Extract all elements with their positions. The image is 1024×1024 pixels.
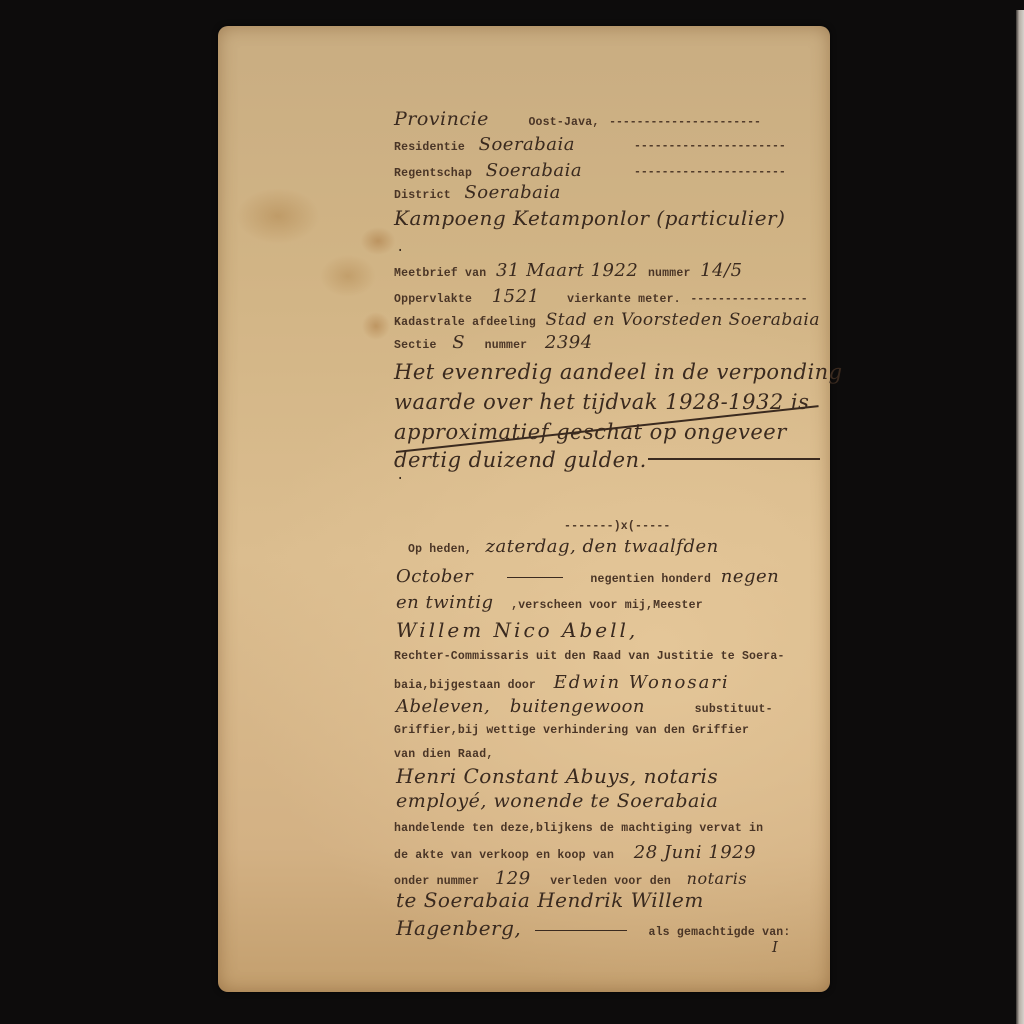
bullet-dot: . — [396, 240, 404, 256]
residentie-value: Soerabaia — [479, 134, 575, 155]
residentie-dashes: ---------------------- — [634, 140, 786, 153]
onder-nummer-label: onder nummer — [394, 875, 479, 888]
clerk-row: Abeleven, buitengewoon substituut- — [396, 696, 773, 717]
buitengewoon-text: buitengewoon — [510, 696, 645, 717]
regentschap-label: Regentschap — [394, 167, 472, 180]
kampong-value: Kampoeng Ketamponlor (particulier) — [394, 206, 785, 230]
fill-line — [648, 458, 820, 460]
residentie-label: Residentie — [394, 141, 465, 154]
district-row: District Soerabaia — [394, 182, 561, 203]
provincie-value: Oost-Java, — [528, 116, 599, 129]
oppervlakte-value: 1521 — [492, 286, 540, 307]
separator: -------)x(----- — [564, 520, 671, 533]
month-row: October negentien honderd negen — [396, 566, 779, 587]
bijgestaan-text: baia,bijgestaan door — [394, 679, 536, 692]
substituut-text: substituut- — [695, 703, 773, 716]
day-value: zaterdag, den twaalfden — [486, 536, 719, 557]
fill-line — [535, 930, 627, 932]
akte-row: de akte van verkoop en koop van 28 Juni … — [394, 842, 756, 863]
akte-label: de akte van verkoop en koop van — [394, 849, 614, 862]
clerk-name-2: Abeleven, — [396, 696, 490, 717]
roman-numeral: I — [772, 938, 778, 956]
verscheen-text: ,verscheen voor mij,Meester — [511, 599, 703, 612]
handwritten-line-1: Het evenredig aandeel in de verponding — [394, 360, 843, 384]
fill-line — [507, 577, 563, 579]
verleden-text: verleden voor den — [550, 875, 671, 888]
kampong-row: Kampoeng Ketamponlor (particulier) — [394, 206, 785, 230]
bullet-dot: . — [396, 468, 404, 484]
sectie-nummer: 2394 — [545, 332, 593, 353]
judge-row: Willem Nico Abell, — [396, 618, 638, 642]
year-hand-2: en twintig — [396, 592, 493, 613]
oppervlakte-row: Oppervlakte 1521 vierkante meter. ------… — [394, 286, 808, 307]
oppervlakte-unit: vierkante meter. — [567, 293, 681, 306]
notary-line-1: te Soerabaia Hendrik Willem — [396, 888, 704, 912]
document-page: Provincie Oost-Java, -------------------… — [218, 26, 830, 992]
handelende-line: handelende ten deze,blijkens de machtigi… — [394, 822, 763, 835]
meetbrief-nummer-label: nummer — [648, 267, 691, 280]
sectie-nummer-label: nummer — [485, 339, 528, 352]
griffier-line: Griffier,bij wettige verhindering van de… — [394, 724, 749, 737]
gemachtigde-text: als gemachtigde van: — [648, 926, 790, 939]
meetbrief-label: Meetbrief van — [394, 267, 486, 280]
akte-date: 28 Juni 1929 — [634, 842, 756, 863]
provincie-dashes: ---------------------- — [609, 116, 761, 129]
meetbrief-nummer: 14/5 — [700, 260, 742, 281]
year-typed: negentien honderd — [590, 573, 711, 586]
district-label: District — [394, 189, 451, 202]
sectie-row: Sectie S nummer 2394 — [394, 332, 593, 353]
regentschap-value: Soerabaia — [486, 160, 582, 181]
handwritten-line-2: waarde over het tijdvak 1928-1932 is — [394, 390, 809, 414]
judge-name: Willem Nico Abell, — [396, 618, 638, 642]
notary-row-2: Hagenberg, als gemachtigde van: — [396, 916, 791, 940]
month-value: October — [396, 566, 473, 587]
party-name: Henri Constant Abuys, notaris — [396, 764, 718, 788]
oppervlakte-dashes: ----------------- — [690, 293, 807, 306]
regentschap-row: Regentschap Soerabaia ------------------… — [394, 160, 582, 181]
kadastrale-value: Stad en Voorsteden Soerabaia — [546, 310, 820, 330]
onder-nummer-row: onder nummer 129 verleden voor den notar… — [394, 868, 747, 889]
onder-nummer-value: 129 — [495, 868, 531, 889]
regentschap-dashes: ---------------------- — [634, 166, 786, 179]
notaris-hand: notaris — [687, 869, 747, 888]
op-heden-row: Op heden, zaterdag, den twaalfden — [408, 536, 719, 557]
raad-line: van dien Raad, — [394, 748, 493, 761]
sectie-value: S — [452, 332, 465, 353]
kadastrale-row: Kadastrale afdeeling Stad en Voorsteden … — [394, 310, 820, 330]
handwritten-line-3: approximatief geschat op ongeveer — [394, 420, 787, 444]
oppervlakte-label: Oppervlakte — [394, 293, 472, 306]
verscheen-row: en twintig ,verscheen voor mij,Meester — [396, 592, 703, 613]
party-desc: employé, wonende te Soerabaia — [396, 790, 718, 812]
clerk-name-1: Edwin Wonosari — [554, 672, 730, 693]
sectie-label: Sectie — [394, 339, 437, 352]
provincie-row: Provincie Oost-Java, -------------------… — [394, 108, 761, 130]
bijgestaan-row: baia,bijgestaan door Edwin Wonosari — [394, 672, 730, 693]
meetbrief-date: 31 Maart 1922 — [496, 260, 638, 281]
year-hand-1: negen — [721, 566, 780, 587]
provincie-label: Provincie — [394, 108, 489, 130]
handwritten-line-4: dertig duizend gulden. — [394, 448, 647, 472]
background-edge — [1016, 10, 1024, 1024]
notary-line-2: Hagenberg, — [396, 916, 521, 940]
kadastrale-label: Kadastrale afdeeling — [394, 316, 536, 329]
op-heden-label: Op heden, — [408, 543, 472, 556]
district-value: Soerabaia — [464, 182, 560, 203]
residentie-row: Residentie Soerabaia -------------------… — [394, 134, 575, 155]
rechter-line: Rechter-Commissaris uit den Raad van Jus… — [394, 650, 785, 663]
meetbrief-row: Meetbrief van 31 Maart 1922 nummer 14/5 — [394, 260, 743, 281]
